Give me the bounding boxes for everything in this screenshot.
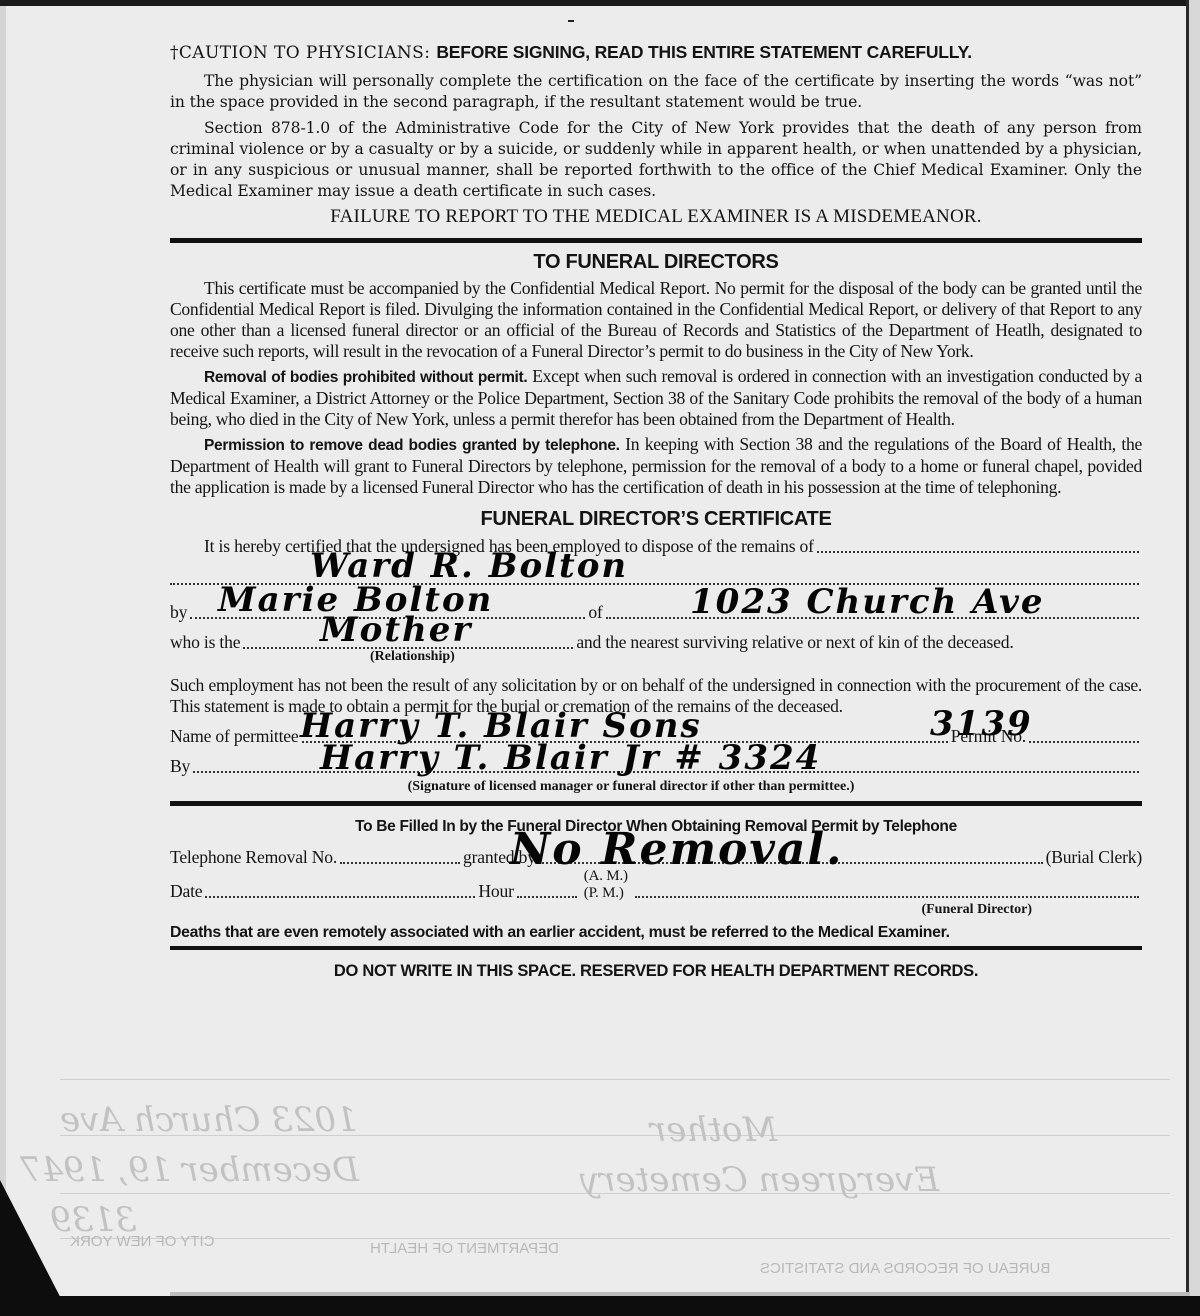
bleed-relationship: Mother [650,1110,777,1150]
telephone-permission-paragraph: Permission to remove dead bodies granted… [170,434,1142,498]
bleed-dept: DEPARTMENT OF HEALTH [370,1240,559,1257]
scan-top-border [0,0,1200,6]
misdemeanor-warning: FAILURE TO REPORT TO THE MEDICAL EXAMINE… [170,206,1142,228]
page-left-edge [0,0,6,1316]
no-removal-handwritten: No Removal. [510,828,843,872]
removal-prohibited-paragraph: Removal of bodies prohibited without per… [170,366,1142,430]
certificate-title: FUNERAL DIRECTOR’S CERTIFICATE [170,508,1142,531]
scan-right-margin [1189,0,1200,1316]
caution-lead: †CAUTION TO PHYSICIANS: [170,43,430,63]
employer-address-handwritten: 1023 Church Ave [690,585,1045,619]
bleed-place: Evergreen Cemetery [580,1160,939,1200]
who-is-label: who is the [170,632,240,653]
accident-notice: Deaths that are even remotely associated… [170,924,1142,942]
burial-clerk-label: (Burial Clerk) [1046,847,1142,868]
permit-no-handwritten: 3139 [930,707,1033,741]
kin-text: and the nearest surviving relative or ne… [576,632,1013,653]
deceased-name-handwritten: Ward R. Bolton [310,549,628,583]
date-label: Date [170,881,202,902]
removal-prohibited-heading: Removal of bodies prohibited without per… [204,369,527,386]
scan-bottom-border [0,1296,1200,1316]
permittee-label: Name of permittee [170,726,299,747]
bleed-rule [60,1238,1170,1239]
funeral-directors-paragraph-1: This certificate must be accompanied by … [170,278,1142,362]
date-hour-line: Date Hour (A. M.) (P. M.) No Removal. [170,868,1142,902]
of-label: of [588,602,602,623]
caution-heading: †CAUTION TO PHYSICIANS:BEFORE SIGNING, R… [170,42,1142,64]
hour-field[interactable] [517,895,577,898]
funeral-directors-title: TO FUNERAL DIRECTORS [170,251,1142,274]
section-divider [170,238,1142,243]
by-label: by [170,602,187,623]
employer-line: by of Marie Bolton 1023 Church Ave [170,589,1142,623]
removal-no-label: Telephone Removal No. [170,847,337,868]
pm-option[interactable]: (P. M.) [584,885,628,902]
removal-no-field[interactable] [340,861,460,864]
caution-paragraph-2: Section 878-1.0 of the Administrative Co… [170,118,1142,202]
hour-label: Hour [478,881,513,902]
signature-caption: (Signature of licensed manager or funera… [120,779,1142,795]
telephone-permission-heading: Permission to remove dead bodies granted… [204,437,620,454]
bleed-address: 1023 Church Ave [60,1100,358,1140]
caution-emphasis: BEFORE SIGNING, READ THIS ENTIRE STATEME… [436,42,972,62]
relationship-line: who is the and the nearest surviving rel… [170,623,1142,653]
relationship-handwritten: Mother [320,613,472,647]
by2-label: By [170,756,190,777]
caution-paragraph-1: The physician will personally complete t… [170,71,1142,113]
date-field[interactable] [205,895,475,898]
funeral-director-signature-field[interactable] [635,895,1139,898]
certificate-back-page: †CAUTION TO PHYSICIANS:BEFORE SIGNING, R… [170,14,1142,981]
signer-line: By Harry T. Blair Jr # 3324 [170,747,1142,777]
footer-divider [170,946,1142,950]
permit-no-field[interactable] [1029,740,1139,743]
reserved-notice: DO NOT WRITE IN THIS SPACE. RESERVED FOR… [170,962,1142,981]
intro-dotted-line [817,550,1139,553]
scan-right-border [1186,0,1189,1316]
funeral-director-caption: (Funeral Director) [170,902,1032,918]
bleed-city: CITY OF NEW YORK [70,1233,214,1250]
bleed-bureau: BUREAU OF RECORDS AND STATISTICS [760,1260,1050,1277]
signer-handwritten: Harry T. Blair Jr # 3324 [320,741,821,775]
certificate-divider [170,801,1142,806]
bleed-rule [60,1079,1170,1080]
bleed-date: December 19, 1947 [20,1150,359,1190]
